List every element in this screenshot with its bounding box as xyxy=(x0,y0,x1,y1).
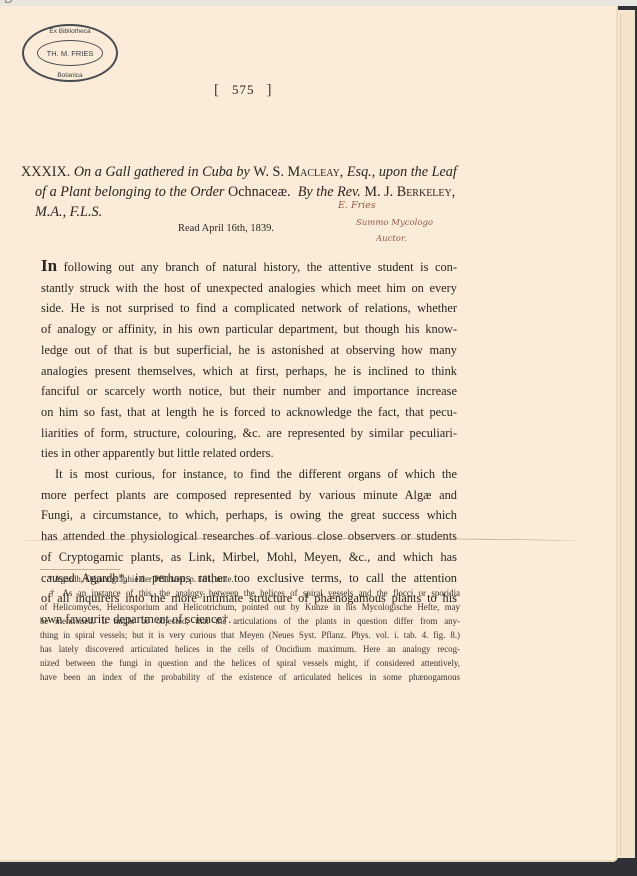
footnote-2-line: thing in spiral vessels; but it is very … xyxy=(40,628,460,642)
page-number-header: [575] xyxy=(214,82,273,99)
stamp-top-text: Ex Bibliotheca xyxy=(24,28,116,35)
author-2: M. J. Berkeley, xyxy=(364,184,455,200)
back-page-edge-2 xyxy=(620,14,635,856)
text-line: of analogy or affinity, in his own parti… xyxy=(41,319,457,340)
stamp-center-text: TH. M. FRIES xyxy=(47,49,94,58)
footnote-2-line: nized between the fungi in question and … xyxy=(40,656,460,670)
author-1: W. S. Macleay, xyxy=(253,164,343,180)
page-number: 575 xyxy=(232,82,255,97)
footnote-2-line: of Helicomyces, Helicosporium and Helico… xyxy=(40,600,460,614)
close-bracket: ] xyxy=(267,82,273,98)
text-line: on him so fast, that at length he is for… xyxy=(41,402,457,423)
text-line: stantly struck with the host of unexpect… xyxy=(41,278,457,299)
drop-cap: In xyxy=(41,256,57,275)
read-date: Read April 16th, 1839. xyxy=(178,223,274,234)
plant-order: Ochnaceæ. xyxy=(228,184,291,200)
footnote-2-line: † As an instance of this, the analogy be… xyxy=(40,586,460,600)
stamp-center-oval: TH. M. FRIES xyxy=(37,40,103,66)
text-line: In following out any branch of natural h… xyxy=(41,256,457,278)
paragraph-1: In following out any branch of natural h… xyxy=(41,256,457,464)
library-stamp-icon: Ex Bibliotheca TH. M. FRIES Botanica xyxy=(22,24,118,82)
text-line: Fungi, a circumstance, to which, perhaps… xyxy=(41,505,457,526)
article-title: XXXIX. On a Gall gathered in Cuba by W. … xyxy=(21,162,459,222)
paper-fold-crease xyxy=(20,538,580,545)
text-line: liarities of form, structure, colouring,… xyxy=(41,423,457,444)
footnote-2-line: be mentioned. It might be objected, that… xyxy=(40,614,460,628)
title-part-2: of a Plant belonging to the Order xyxy=(35,184,224,200)
text-line: It is most curious, for instance, to fin… xyxy=(41,464,457,485)
footnotes: * Agardh, Organographie der Pflanzen, p.… xyxy=(40,572,460,684)
footnote-2-line: has lately discovered articulated helice… xyxy=(40,642,460,656)
title-author-suffix: Esq., upon the Leaf xyxy=(347,164,457,180)
handwritten-annotation-line-3: Auctor. xyxy=(376,234,407,244)
author-degrees: M.A., F.L.S. xyxy=(35,204,102,220)
open-bracket: [ xyxy=(214,82,220,98)
handwritten-annotation-line-2: Summo Mycologo xyxy=(356,218,433,228)
title-part-1: On a Gall gathered in Cuba by xyxy=(74,164,250,180)
text-line: of Cryptogamic plants, as Link, Mirbel, … xyxy=(41,547,457,568)
text-line: ledge out of that is but superficial, he… xyxy=(41,340,457,361)
text-line: more perfect plants are composed represe… xyxy=(41,485,457,506)
handwritten-annotation-line-1: E. Fries xyxy=(338,200,376,211)
text-line: fanciful or scarcely worth notice, but t… xyxy=(41,381,457,402)
document-page: Ex Bibliotheca TH. M. FRIES Botanica [57… xyxy=(0,6,618,862)
text-line: ties in other apparently but little rela… xyxy=(41,443,457,464)
footnote-2-line: have been an index of the probability of… xyxy=(40,670,460,684)
text-line: side. He is not surprised to find a comp… xyxy=(41,298,457,319)
title-by: By the Rev. xyxy=(298,184,361,200)
article-number: XXXIX. xyxy=(21,164,70,180)
stamp-bottom-text: Botanica xyxy=(24,72,116,79)
footnote-1: * Agardh, Organographie der Pflanzen, p.… xyxy=(40,572,460,586)
text-line: analogies present themselves, which at f… xyxy=(41,361,457,382)
footnote-rule xyxy=(40,569,120,570)
